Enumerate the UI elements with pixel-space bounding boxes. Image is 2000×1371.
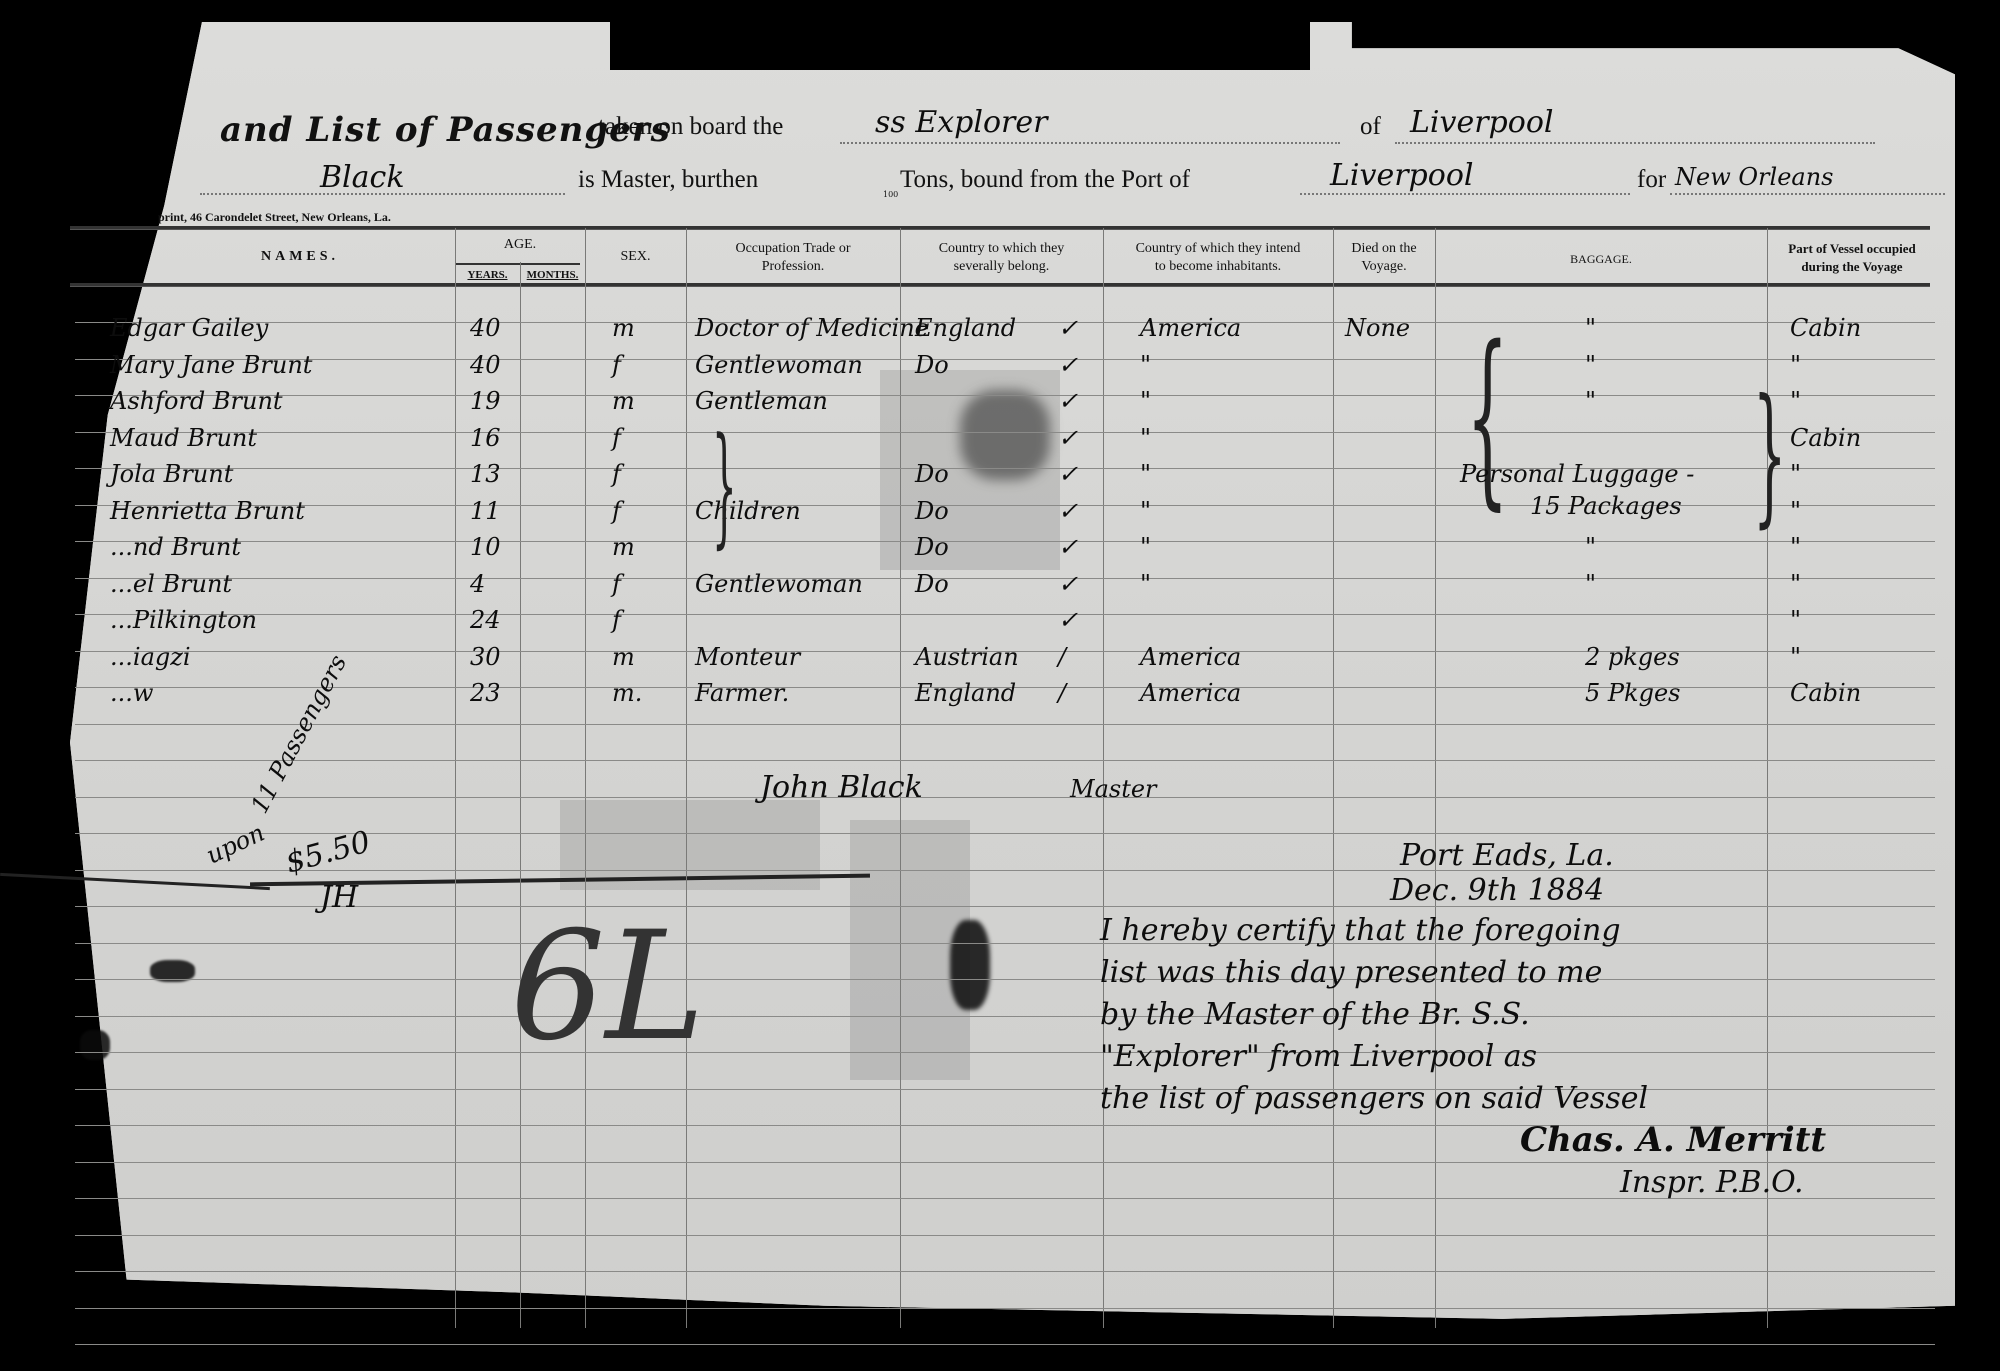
row-rule — [75, 432, 1935, 433]
col-divider — [585, 228, 586, 1328]
cert-line: I hereby certify that the foregoing — [1100, 910, 1648, 952]
cell-part: " — [1790, 387, 1801, 415]
cell-part: Cabin — [1790, 424, 1861, 452]
tons-prefix: 100 — [883, 190, 898, 199]
header-bottom-rule — [70, 283, 1930, 287]
cell-years: 23 — [470, 679, 501, 707]
cell-intend: America — [1140, 314, 1241, 342]
row-rule — [75, 1162, 1935, 1163]
row-rule — [75, 979, 1935, 980]
cert-line: by the Master of the Br. S.S. — [1100, 994, 1648, 1036]
cell-intend: " — [1140, 570, 1151, 598]
col-header-country-intend-line1: Country of which they intend — [1103, 240, 1333, 258]
cell-intend: America — [1140, 679, 1241, 707]
col-divider — [455, 228, 456, 1328]
vessel-name-rule — [840, 142, 1340, 144]
baggage-group-note-line1: Personal Luggage - — [1460, 460, 1694, 488]
row-rule — [75, 1016, 1935, 1017]
cell-name: Jola Brunt — [110, 460, 233, 488]
row-rule — [75, 1344, 1935, 1345]
row-rule — [75, 614, 1935, 615]
redaction-bar — [610, 0, 1310, 70]
cell-check: ✓ — [1058, 387, 1078, 415]
cell-check: ✓ — [1058, 314, 1078, 342]
cell-baggage: " — [1585, 570, 1596, 598]
col-header-died-line1: Died on the — [1333, 240, 1435, 258]
vessel-home-port: Liverpool — [1410, 105, 1553, 140]
cell-years: 16 — [470, 424, 501, 452]
cell-sex: m — [612, 314, 635, 342]
for-label: for — [1637, 166, 1666, 194]
cell-years: 40 — [470, 314, 501, 342]
col-header-age: AGE. — [455, 236, 585, 254]
col-header-country-belong-line1: Country to which they — [900, 240, 1103, 258]
cell-belong: Do — [915, 497, 949, 525]
cell-belong: England — [915, 314, 1016, 342]
row-rule — [75, 359, 1935, 360]
cell-intend: " — [1140, 497, 1151, 525]
row-rule — [75, 395, 1935, 396]
col-header-months: MONTHS. — [520, 266, 585, 284]
certification-text: I hereby certify that the foregoing list… — [1100, 910, 1648, 1120]
ink-stain — [80, 1030, 110, 1060]
col-header-vessel-part-line1: Part of Vessel occupied — [1767, 240, 1937, 258]
cell-check: ✓ — [1058, 460, 1078, 488]
cell-intend: " — [1140, 387, 1151, 415]
master-name: Black — [320, 160, 405, 195]
cell-sex: f — [612, 606, 621, 634]
cell-part: " — [1790, 460, 1801, 488]
row-rule — [75, 724, 1935, 725]
cell-sex: f — [612, 570, 621, 598]
col-header-occupation: Occupation Trade or Profession. — [686, 240, 900, 276]
cell-part: " — [1790, 351, 1801, 379]
cert-date: Dec. 9th 1884 — [1390, 870, 1604, 912]
cell-name: Henrietta Brunt — [110, 497, 305, 525]
row-rule — [75, 1235, 1935, 1236]
header-top-rule — [70, 226, 1930, 230]
row-rule — [75, 1089, 1935, 1090]
cell-name: ...nd Brunt — [110, 533, 241, 561]
inspector-title: Inspr. P.B.O. — [1620, 1165, 1804, 1200]
vessel-name: ss Explorer — [875, 105, 1047, 140]
cell-belong: England — [915, 679, 1016, 707]
col-divider — [1435, 228, 1436, 1328]
cell-name: Edgar Gailey — [110, 314, 268, 342]
departure-port: Liverpool — [1330, 158, 1473, 193]
cell-check: ✓ — [1058, 533, 1078, 561]
destination-rule — [1670, 193, 1945, 195]
cell-years: 10 — [470, 533, 501, 561]
row-rule — [75, 870, 1935, 871]
cell-baggage: 5 Pkges — [1585, 679, 1680, 707]
row-rule — [75, 1052, 1935, 1053]
cell-years: 4 — [470, 570, 485, 598]
ink-stain — [950, 920, 990, 1010]
printer-imprint: print, 46 Carondelet Street, New Orleans… — [158, 210, 391, 225]
cell-sex: f — [612, 460, 621, 488]
is-master-burthen-label: is Master, burthen — [578, 166, 758, 194]
cell-years: 40 — [470, 351, 501, 379]
col-header-years: YEARS. — [455, 266, 520, 284]
cell-occupation: Farmer. — [695, 679, 789, 707]
home-port-rule — [1395, 142, 1875, 144]
cell-occupation: Gentlewoman — [695, 351, 863, 379]
row-rule — [75, 578, 1935, 579]
cell-part: " — [1790, 570, 1801, 598]
departure-rule — [1300, 193, 1630, 195]
col-header-died-line2: Voyage. — [1333, 258, 1435, 276]
col-header-died: Died on the Voyage. — [1333, 240, 1435, 276]
cell-belong: Do — [915, 533, 949, 561]
cell-check: / — [1058, 643, 1066, 671]
cell-part: Cabin — [1790, 314, 1861, 342]
cell-baggage: " — [1585, 533, 1596, 561]
inspector-signature: Chas. A. Merritt — [1520, 1120, 1826, 1160]
cell-sex: m — [612, 533, 635, 561]
cell-sex: m. — [612, 679, 642, 707]
cell-check: ✓ — [1058, 424, 1078, 452]
cell-name: Ashford Brunt — [110, 387, 283, 415]
cell-name: ...iagzi — [110, 643, 191, 671]
col-divider — [686, 228, 687, 1328]
row-rule — [75, 1308, 1935, 1309]
of-label: of — [1360, 113, 1381, 141]
row-rule — [75, 1271, 1935, 1272]
cell-baggage: " — [1585, 314, 1596, 342]
col-header-occupation-line1: Occupation Trade or — [686, 240, 900, 258]
col-header-country-belong-line2: severally belong. — [900, 258, 1103, 276]
cell-sex: f — [612, 424, 621, 452]
cell-name: ...el Brunt — [110, 570, 232, 598]
cell-occupation: Doctor of Medicine — [695, 314, 929, 342]
cell-years: 19 — [470, 387, 501, 415]
col-header-baggage: BAGGAGE. — [1435, 250, 1767, 268]
initials: JH — [320, 880, 358, 915]
cell-part: " — [1790, 533, 1801, 561]
cell-check: / — [1058, 679, 1066, 707]
large-mark: 6L — [510, 900, 705, 1074]
col-header-country-intend-line2: to become inhabitants. — [1103, 258, 1333, 276]
cell-check: ✓ — [1058, 497, 1078, 525]
row-rule — [75, 541, 1935, 542]
col-header-occupation-line2: Profession. — [686, 258, 900, 276]
taken-on-board-label: taken on board the — [598, 113, 783, 141]
baggage-group-note-line2: 15 Packages — [1530, 492, 1682, 520]
cell-years: 30 — [470, 643, 501, 671]
cell-check: ✓ — [1058, 351, 1078, 379]
cell-part: " — [1790, 643, 1801, 671]
cert-line: list was this day presented to me — [1100, 952, 1648, 994]
cell-baggage: 2 pkges — [1585, 643, 1680, 671]
cell-belong: Do — [915, 460, 949, 488]
col-header-names: NAMES. — [200, 248, 400, 266]
cell-check: ✓ — [1058, 606, 1078, 634]
cert-line: "Explorer" from Liverpool as — [1100, 1036, 1648, 1078]
occupation-brace: } — [712, 420, 737, 550]
cell-baggage: " — [1585, 351, 1596, 379]
cell-name: Maud Brunt — [110, 424, 257, 452]
cell-sex: m — [612, 643, 635, 671]
cell-years: 13 — [470, 460, 501, 488]
cell-years: 24 — [470, 606, 501, 634]
tons-bound-label: Tons, bound from the Port of — [900, 166, 1190, 194]
col-divider — [520, 262, 521, 1328]
cell-part: " — [1790, 606, 1801, 634]
baggage-right-brace: } — [1753, 380, 1786, 530]
cell-name: ...w — [110, 679, 153, 707]
col-header-country-belong: Country to which they severally belong. — [900, 240, 1103, 276]
cell-intend: America — [1140, 643, 1241, 671]
col-header-vessel-part: Part of Vessel occupied during the Voyag… — [1767, 240, 1937, 276]
row-rule — [75, 760, 1935, 761]
master-signature: John Black — [760, 770, 923, 805]
cell-check: ✓ — [1058, 570, 1078, 598]
row-rule — [75, 943, 1935, 944]
cell-baggage: " — [1585, 387, 1596, 415]
cell-years: 11 — [470, 497, 501, 525]
cell-intend: " — [1140, 460, 1151, 488]
ink-stain — [960, 390, 1050, 480]
col-header-country-intend: Country of which they intend to become i… — [1103, 240, 1333, 276]
cell-intend: " — [1140, 533, 1151, 561]
master-title: Master — [1070, 775, 1157, 803]
cell-name: ...Pilkington — [110, 606, 257, 634]
col-header-vessel-part-line2: during the Voyage — [1767, 258, 1937, 276]
cell-part: " — [1790, 497, 1801, 525]
cell-part: Cabin — [1790, 679, 1861, 707]
cell-belong: Do — [915, 570, 949, 598]
cell-occupation: Monteur — [695, 643, 800, 671]
cell-sex: f — [612, 497, 621, 525]
cell-died: None — [1345, 314, 1410, 342]
col-header-sex: SEX. — [585, 248, 686, 266]
cell-name: Mary Jane Brunt — [110, 351, 312, 379]
cell-occupation: Gentlewoman — [695, 570, 863, 598]
cell-intend: " — [1140, 351, 1151, 379]
cell-sex: f — [612, 351, 621, 379]
cell-intend: " — [1140, 424, 1151, 452]
cell-sex: m — [612, 387, 635, 415]
cell-occupation: Children — [695, 497, 801, 525]
age-subheader-rule — [455, 263, 580, 265]
cell-belong: Do — [915, 351, 949, 379]
row-rule — [75, 797, 1935, 798]
cert-line: the list of passengers on said Vessel — [1100, 1078, 1648, 1120]
cell-belong: Austrian — [915, 643, 1019, 671]
destination: New Orleans — [1675, 163, 1833, 191]
col-divider — [1333, 228, 1334, 1328]
